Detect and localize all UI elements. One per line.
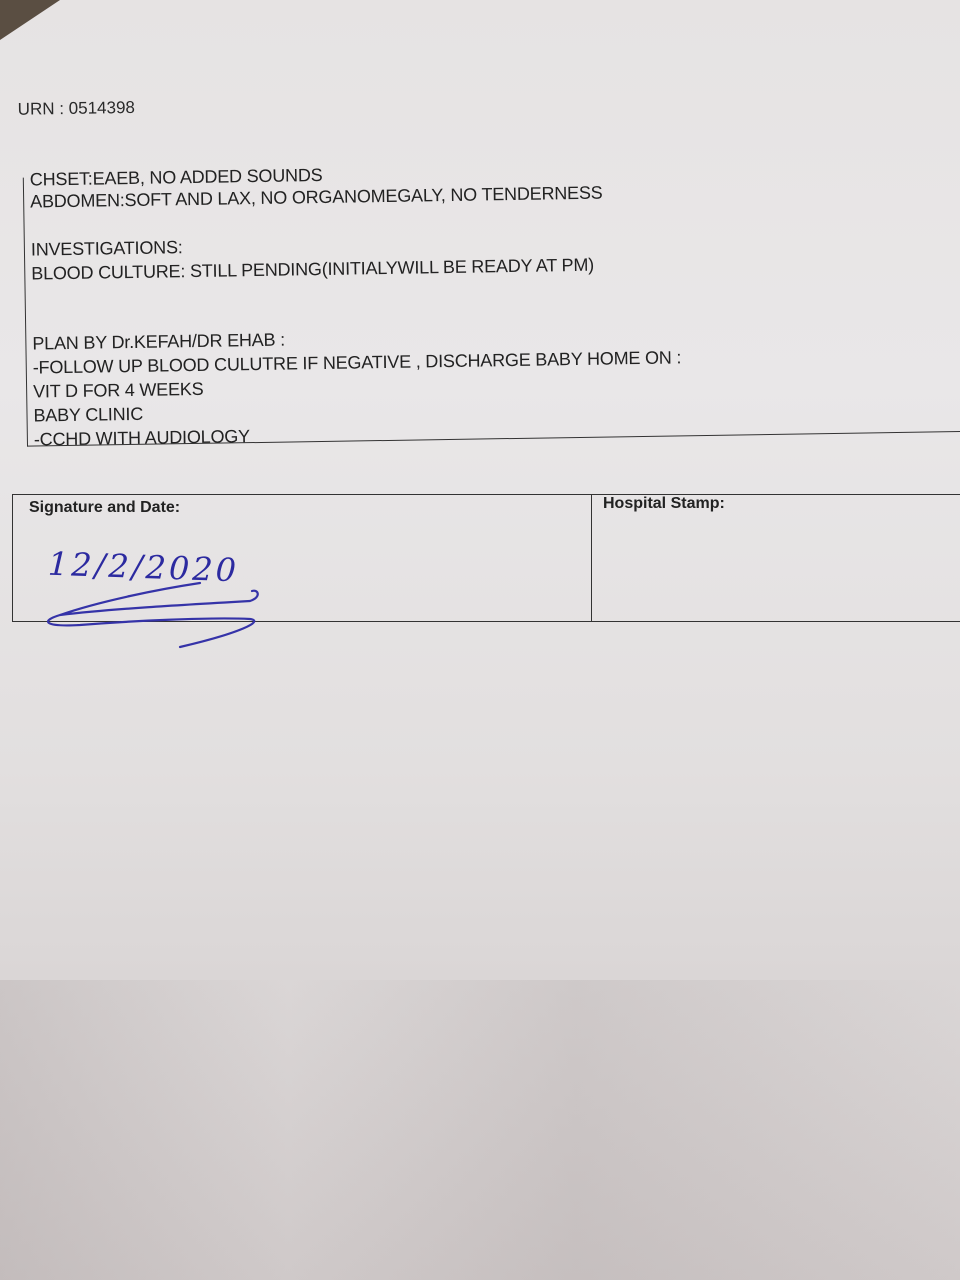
hospital-stamp-label: Hospital Stamp:: [603, 495, 725, 513]
plan-heading: PLAN BY Dr.KEFAH/DR EHAB :: [32, 330, 285, 355]
plan-item: -CCHD WITH AUDIOLOGY: [34, 426, 250, 450]
paper-shadow: [0, 980, 960, 1280]
investigations-heading: INVESTIGATIONS:: [31, 237, 183, 260]
plan-item: BABY CLINIC: [33, 404, 143, 427]
urn-number: URN : 0514398: [18, 98, 135, 120]
signature-date-label: Signature and Date:: [29, 499, 180, 517]
clinical-notes-box: CHSET:EAEB, NO ADDED SOUNDS ABDOMEN:SOFT…: [23, 163, 960, 447]
signature-scribble: [40, 575, 280, 655]
plan-item: VIT D FOR 4 WEEKS: [33, 379, 204, 403]
table-divider: [591, 495, 592, 621]
